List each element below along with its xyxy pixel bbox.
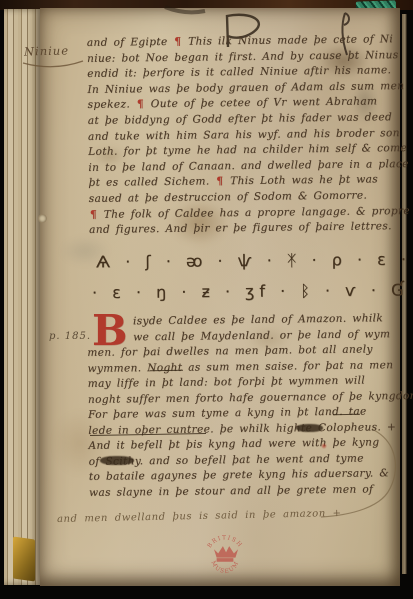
text-block-upper: and of Egipte ¶ This ilk Ninus made þe c… [87,32,399,238]
chaldean-alphabet-row-1: Ѧ · ʃ · ᴔ · ѱ · ᛡ · ρ · ε · ɦ · σ · ʌ · … [96,248,413,272]
svg-text:BRITISH: BRITISH [207,535,243,549]
pilcrow-mark: ¶ [215,176,224,188]
top-edge-smudge [165,7,205,12]
ink-blot-correction [100,456,134,465]
ink-blot-correction [296,424,323,432]
pilcrow-mark: ¶ [136,99,145,111]
pilcrow-mark: ¶ [173,36,182,48]
margin-note-underline [23,61,83,67]
manuscript-photo: Niniue p. 185. and of Egipte ¶ This ilk … [0,0,413,599]
library-stamp: BRITISH MUSEUM [203,535,247,575]
stamp-text-bottom: MUSEUM [209,560,240,575]
red-ink-touch [321,443,327,449]
pilcrow-mark: ¶ [89,208,98,220]
svg-text:MUSEUM: MUSEUM [209,560,240,575]
margin-note-ninive: Niniue [24,43,69,58]
stamp-crown-icon [214,546,238,562]
chaldean-alphabet-row-2: · ε · ŋ · ƶ · ʒf · ᛒ · ѵ · Ɠ · Ƿ · ȝ · ҳ… [92,279,413,302]
stamp-text-top: BRITISH [207,535,243,549]
margin-note-page-ref: p. 185. [49,331,91,342]
text-block-lower: isyde Caldee es þe land of Amazon. whilk… [87,311,399,501]
